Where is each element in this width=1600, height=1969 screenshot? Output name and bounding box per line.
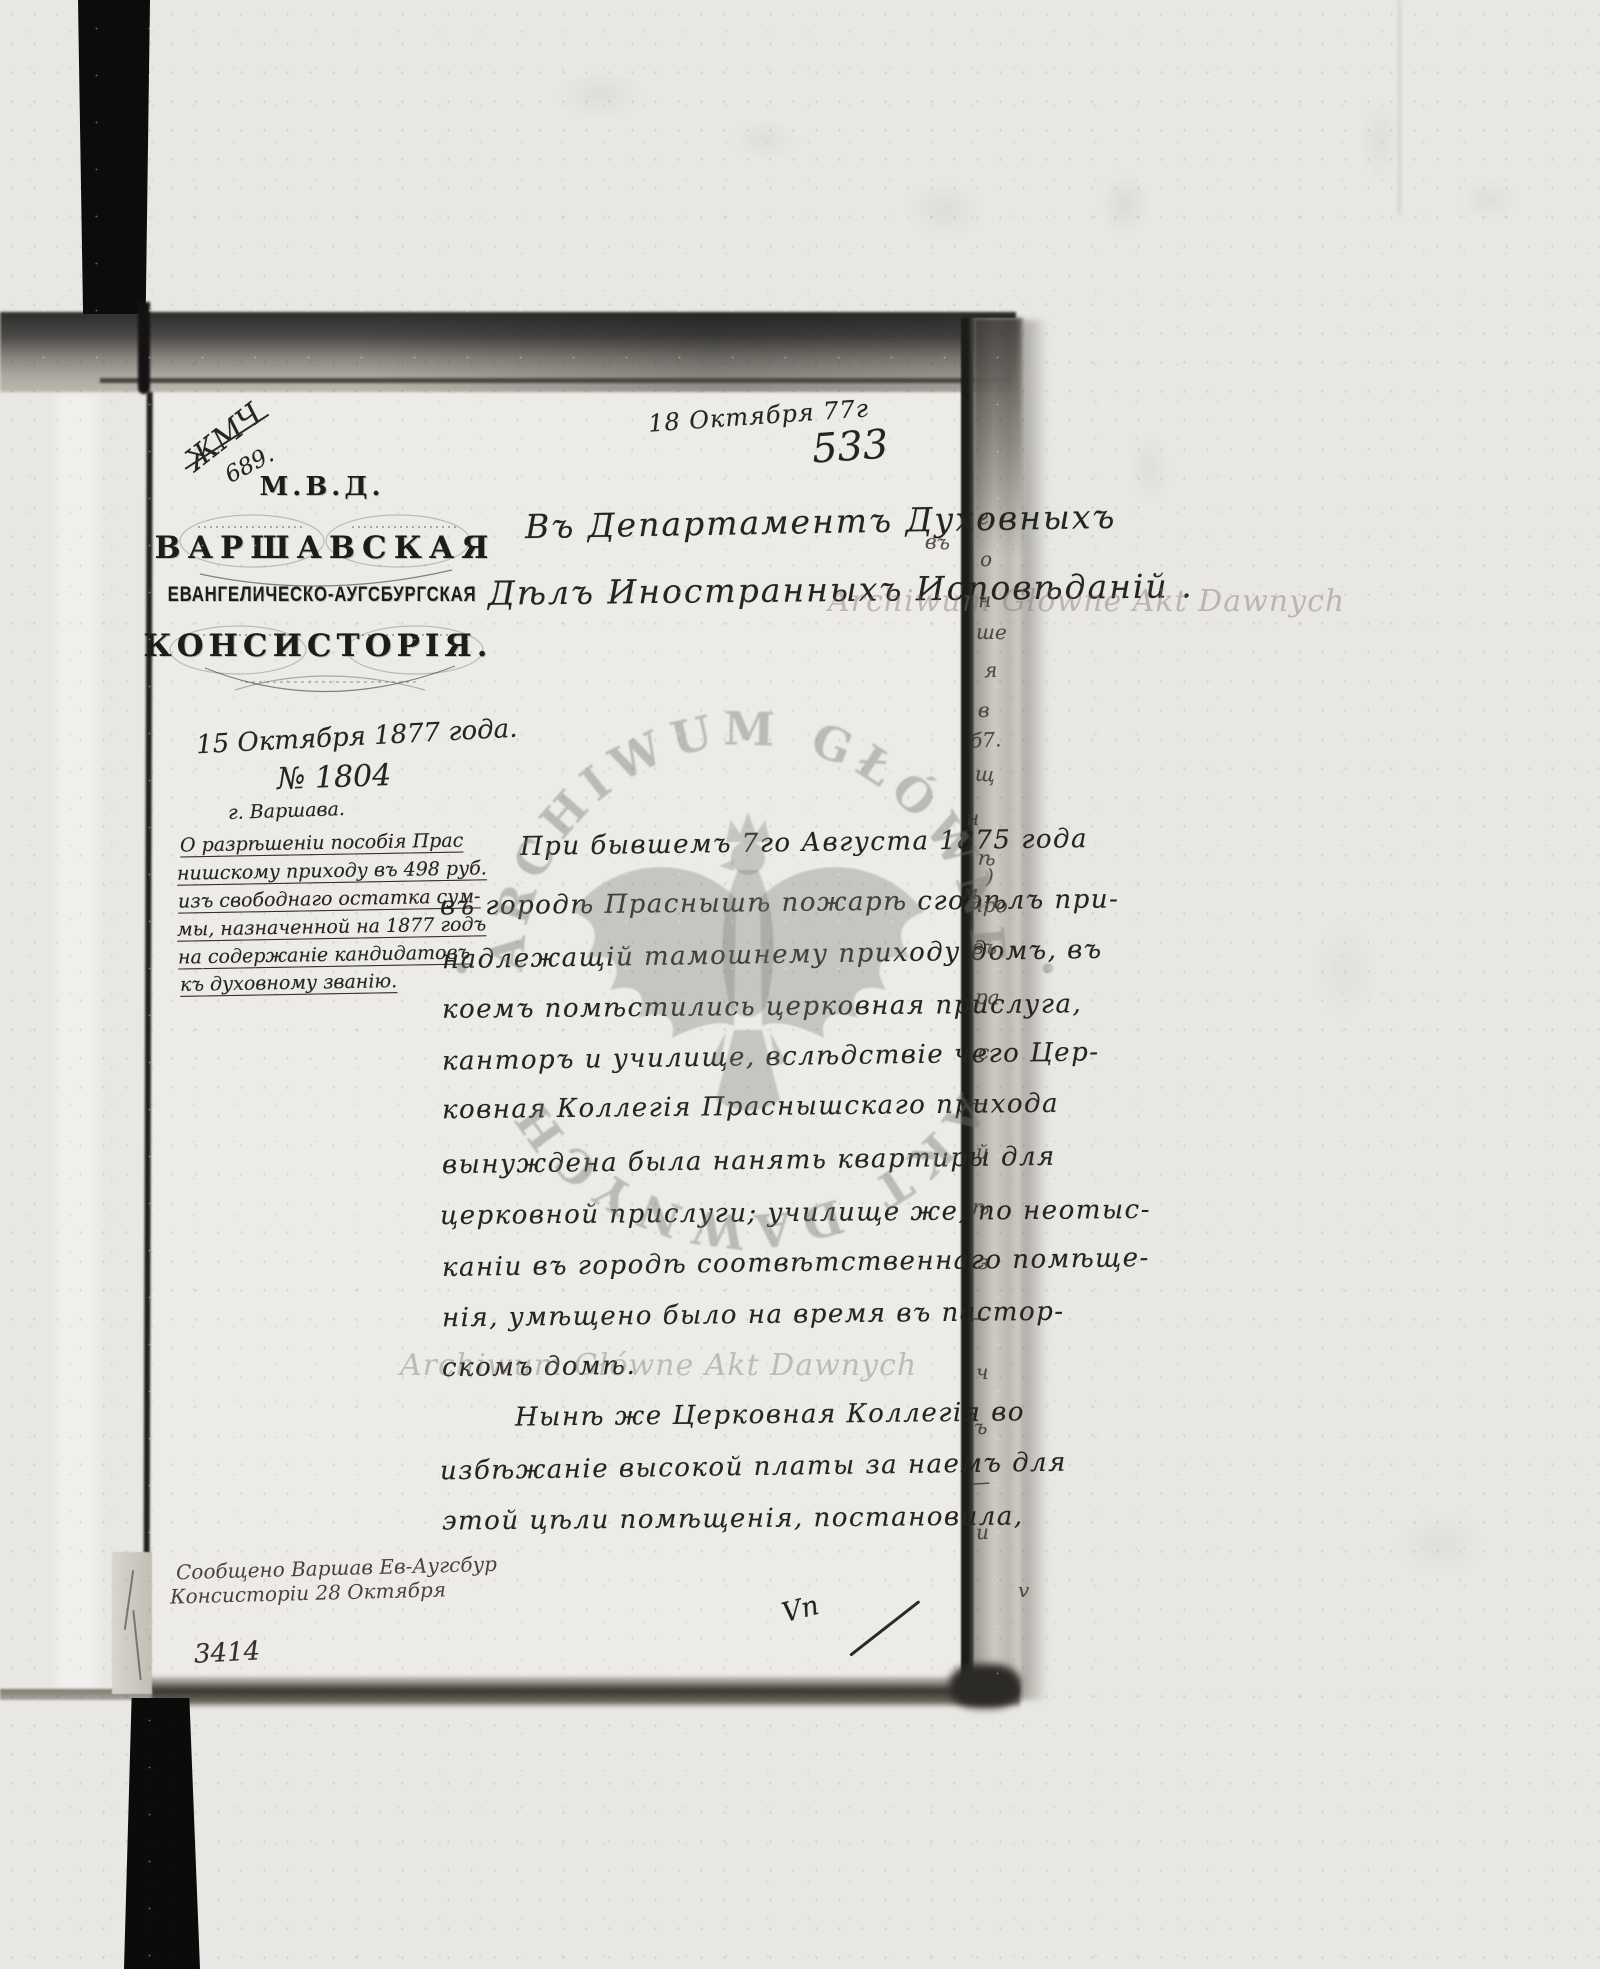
letterhead-ministry: М.В.Д. (259, 472, 384, 502)
dateline-place: г. Варшава. (228, 798, 346, 824)
film-crease (1398, 0, 1401, 215)
letterhead-consistory: КОНСИСТОРІЯ. (143, 628, 492, 664)
watermark-band-upper: Archiwum Główne Akt Dawnych (828, 584, 1345, 619)
letterhead-city: ВАРШАВСКАЯ (155, 530, 496, 566)
left-sheet-highlight (56, 392, 98, 1692)
scanned-document: М.В.Д. ВАРШАВСКАЯ ЕВАНГЕЛИЧЕСКО-АУГСБУРГ… (0, 0, 1600, 1969)
page-number: 533 (810, 421, 889, 472)
page-top-edge-line (100, 378, 1012, 383)
letterhead-confession: ЕВАНГЕЛИЧЕСКО-АУГСБУРГСКАЯ (168, 583, 477, 607)
film-edge-bar-top (78, 0, 150, 314)
dateline-number: № 1804 (276, 758, 391, 797)
film-edge-drip (138, 302, 150, 394)
docket-number: 3414 (193, 1636, 261, 1669)
body-line: коемъ помѣстились церковная прислуга, (442, 989, 1082, 1025)
body-line: Нынѣ же Церковная Коллегія во (515, 1397, 1025, 1432)
subject-line: къ духовному званію. (180, 970, 398, 996)
film-edge-bar-bottom (124, 1698, 200, 1969)
watermark-band-lower: Archiwum Główne Akt Dawnych (400, 1348, 917, 1383)
page-bottom-right-corner (950, 1664, 1020, 1708)
body-line: церковной прислуги; училище же, по неоты… (440, 1195, 1151, 1231)
page-bottom-edge-shadow (140, 1676, 1020, 1708)
body-line: этой цѣли помѣщенія, постановила, (442, 1501, 1024, 1536)
